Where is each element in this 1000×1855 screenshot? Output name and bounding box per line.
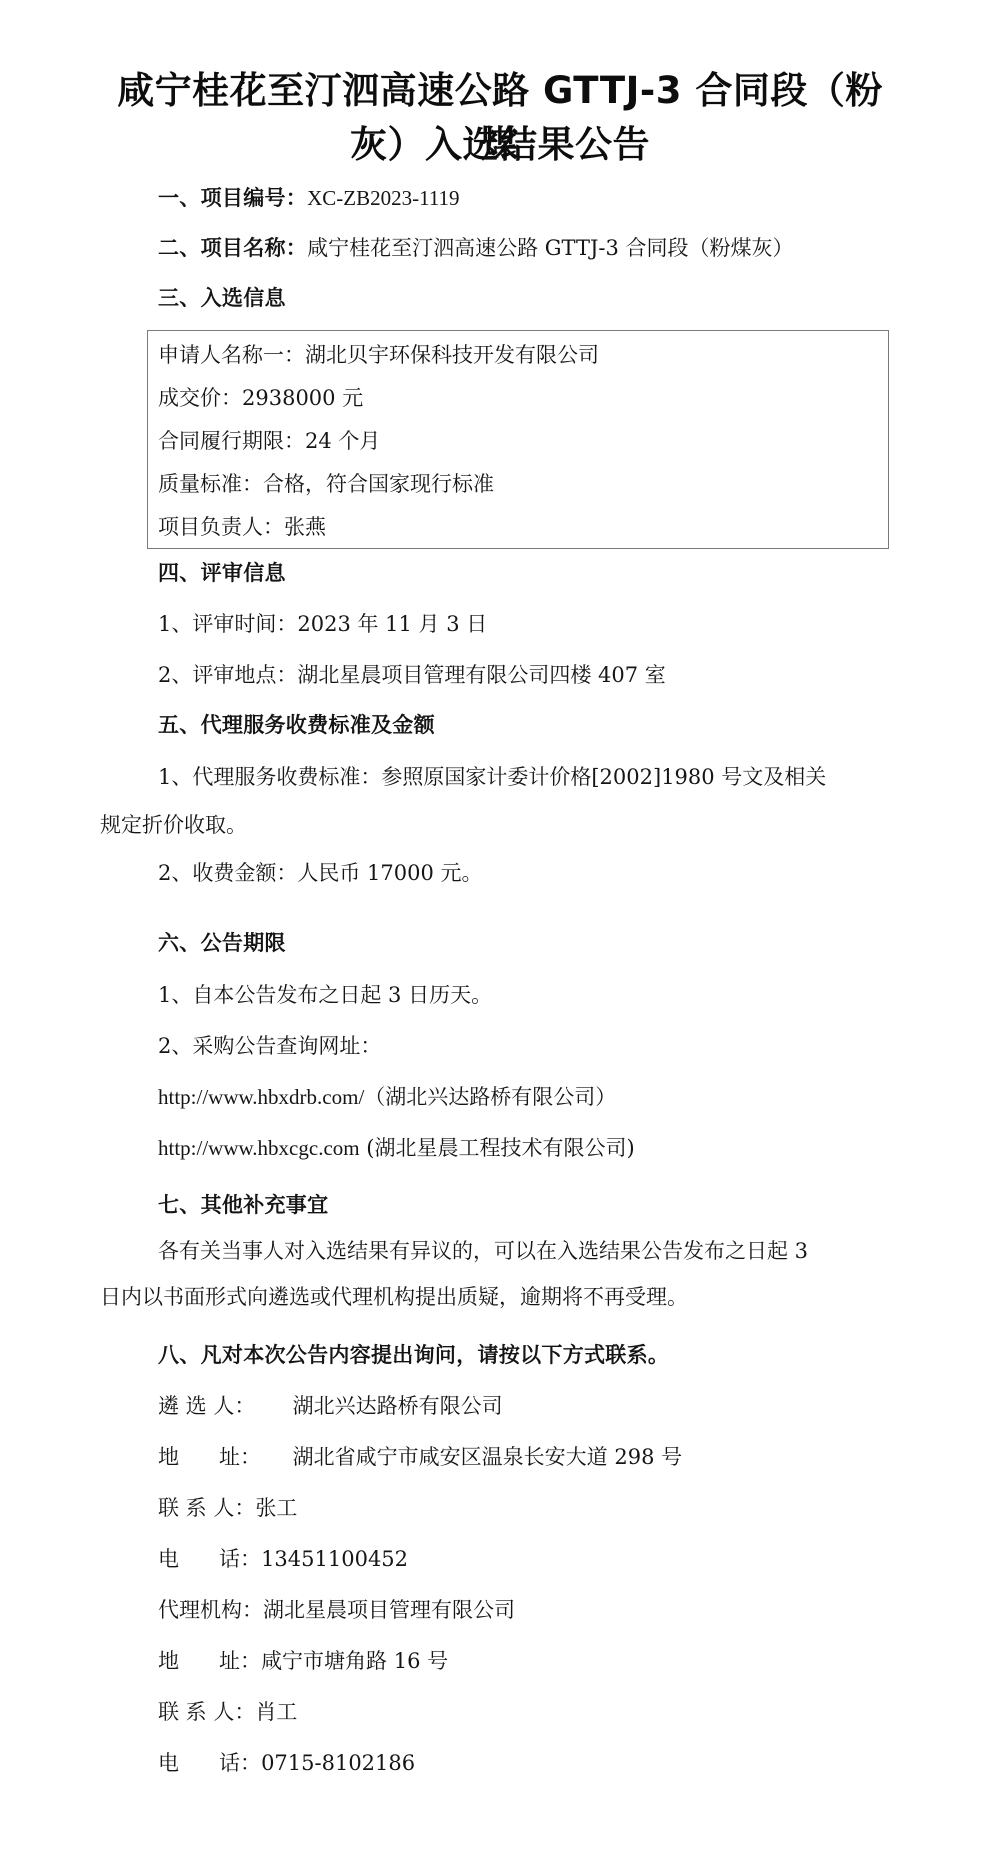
selection-info-box: 申请人名称一：湖北贝宇环保科技开发有限公司 成交价：2938000 元 合同履行… (147, 330, 889, 549)
selector-phone-row: 电 话：13451100452 (158, 1544, 408, 1574)
agency-name-value: 湖北星晨项目管理有限公司 (263, 1598, 515, 1622)
fee-amount: 2、收费金额：人民币 17000 元。 (158, 858, 483, 888)
contact-heading: 八、凡对本次公告内容提出询问，请按以下方式联系。 (158, 1340, 669, 1370)
objection-para-line-1: 各有关当事人对入选结果有异议的，可以在入选结果公告发布之日起 3 (158, 1236, 808, 1266)
other-matters-heading: 七、其他补充事宜 (158, 1190, 328, 1220)
review-info-heading: 四、评审信息 (158, 558, 286, 588)
deal-price-row: 成交价：2938000 元 (158, 383, 363, 413)
selector-phone-value: 13451100452 (261, 1547, 408, 1571)
selector-address-value: 湖北省咸宁市咸安区温泉长安大道 298 号 (286, 1445, 682, 1469)
selection-info-heading: 三、入选信息 (158, 283, 286, 313)
selector-name-row: 遴 选 人： 湖北兴达路桥有限公司 (158, 1391, 503, 1421)
agency-address-value: 咸宁市塘角路 16 号 (261, 1649, 448, 1673)
project-lead-value: 张燕 (284, 515, 326, 539)
applicant-value: 湖北贝宇环保科技开发有限公司 (305, 343, 599, 367)
project-name-row: 二、项目名称：咸宁桂花至汀泗高速公路 GTTJ-3 合同段（粉煤灰） (158, 233, 794, 263)
agency-address-row: 地 址：咸宁市塘角路 16 号 (158, 1646, 448, 1676)
project-number-row: 一、项目编号：XC-ZB2023-1119 (158, 183, 460, 213)
selector-phone-label: 电 话： (158, 1544, 261, 1574)
deal-price-value: 2938000 元 (242, 386, 363, 410)
agency-phone-row: 电 话：0715-8102186 (158, 1748, 415, 1778)
quality-standard-row: 质量标准：合格，符合国家现行标准 (158, 469, 494, 499)
quality-standard-label: 质量标准： (158, 472, 263, 496)
query-url-row-1: http://www.hbxdrb.com/（湖北兴达路桥有限公司） (158, 1082, 616, 1112)
agency-name-row: 代理机构：湖北星晨项目管理有限公司 (158, 1595, 515, 1625)
selector-address-row: 地 址： 湖北省咸宁市咸安区温泉长安大道 298 号 (158, 1442, 682, 1472)
project-number-value: XC-ZB2023-1119 (307, 186, 459, 210)
agency-address-label: 地 址： (158, 1646, 261, 1676)
notice-period-heading: 六、公告期限 (158, 928, 286, 958)
quality-standard-value: 合格，符合国家现行标准 (263, 472, 494, 496)
agency-name-label: 代理机构： (158, 1595, 263, 1625)
selector-name-value: 湖北兴达路桥有限公司 (286, 1394, 503, 1418)
selector-contact-label: 联 系 人： (158, 1493, 255, 1523)
query-url-label: 2、采购公告查询网址： (158, 1031, 381, 1061)
applicant-label: 申请人名称一： (158, 343, 305, 367)
contract-period-value: 24 个月 (305, 429, 380, 453)
document-title-line-2: 灰）入选结果公告 (100, 118, 900, 172)
notice-period-item: 1、自本公告发布之日起 3 日历天。 (158, 980, 492, 1010)
announcement-page: 咸宁桂花至汀泗高速公路 GTTJ-3 合同段（粉煤 灰）入选结果公告 一、项目编… (0, 0, 1000, 1855)
project-name-label: 二、项目名称： (158, 236, 307, 260)
deal-price-label: 成交价： (158, 386, 242, 410)
selector-contact-value: 张工 (255, 1496, 297, 1520)
project-number-label: 一、项目编号： (158, 186, 307, 210)
query-url-link-2[interactable]: http://www.hbxcgc.com (158, 1136, 360, 1160)
query-url-row-2: http://www.hbxcgc.com (湖北星晨工程技术有限公司) (158, 1133, 635, 1163)
agency-contact-value: 肖工 (255, 1700, 297, 1724)
agency-contact-row: 联 系 人：肖工 (158, 1697, 297, 1727)
review-time: 1、评审时间：2023 年 11 月 3 日 (158, 609, 487, 639)
contract-period-label: 合同履行期限： (158, 429, 305, 453)
applicant-row: 申请人名称一：湖北贝宇环保科技开发有限公司 (158, 340, 599, 370)
agency-fee-heading: 五、代理服务收费标准及金额 (158, 710, 435, 740)
query-url-link-1[interactable]: http://www.hbxdrb.com/ (158, 1085, 364, 1109)
agency-phone-label: 电 话： (158, 1748, 261, 1778)
review-location: 2、评审地点：湖北星晨项目管理有限公司四楼 407 室 (158, 660, 666, 690)
objection-para-line-2: 日内以书面形式向遴选或代理机构提出质疑，逾期将不再受理。 (100, 1282, 688, 1312)
query-url-org-1: （湖北兴达路桥有限公司） (364, 1085, 616, 1109)
project-lead-row: 项目负责人：张燕 (158, 512, 326, 542)
agency-phone-value: 0715-8102186 (261, 1751, 415, 1775)
fee-standard-line-1: 1、代理服务收费标准：参照原国家计委计价格[2002]1980 号文及相关 (158, 762, 826, 792)
fee-standard-line-2: 规定折价收取。 (100, 810, 247, 840)
project-lead-label: 项目负责人： (158, 515, 284, 539)
query-url-org-2: (湖北星晨工程技术有限公司) (360, 1136, 635, 1160)
selector-address-label: 地 址： (158, 1442, 286, 1472)
selector-contact-row: 联 系 人：张工 (158, 1493, 297, 1523)
agency-contact-label: 联 系 人： (158, 1697, 255, 1727)
selector-name-label: 遴 选 人： (158, 1391, 286, 1421)
contract-period-row: 合同履行期限：24 个月 (158, 426, 380, 456)
project-name-value: 咸宁桂花至汀泗高速公路 GTTJ-3 合同段（粉煤灰） (307, 236, 793, 260)
